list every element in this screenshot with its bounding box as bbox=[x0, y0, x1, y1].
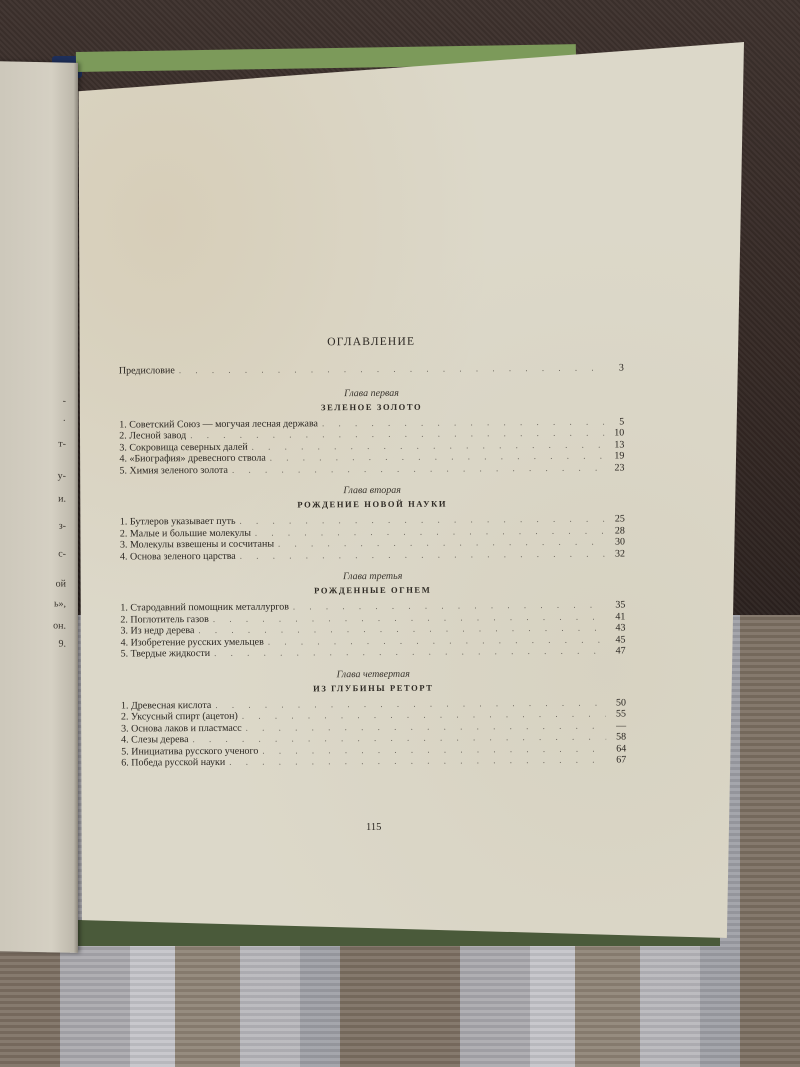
dot-leader bbox=[229, 755, 606, 769]
toc-entry-page: 25 bbox=[609, 513, 625, 525]
toc-entry-page: 28 bbox=[609, 525, 625, 537]
left-page-text-fragment: с- bbox=[58, 549, 66, 560]
toc-entry-page: 50 bbox=[610, 697, 626, 709]
toc-entry-label: 6. Победа русской науки bbox=[121, 757, 225, 769]
toc-entry-label: 2. Малые и большие молекулы bbox=[120, 527, 251, 539]
chapter-list: Глава первая ЗЕЛЕНОЕ ЗОЛОТО 1. Советский… bbox=[119, 386, 626, 769]
chapter-name: ЗЕЛЕНОЕ ЗОЛОТО bbox=[119, 400, 624, 413]
toc-entry-label: 5. Химия зеленого золота bbox=[119, 464, 228, 476]
toc-entry-page: 41 bbox=[609, 611, 625, 623]
toc-entry-label: 2. Поглотитель газов bbox=[120, 614, 208, 626]
section-list: 1. Древесная кислота502. Уксусный спирт … bbox=[121, 697, 626, 769]
chapter-number: Глава третья bbox=[120, 569, 625, 583]
dot-leader bbox=[240, 548, 605, 562]
toc-entry-label: 3. Сокровища северных далей bbox=[119, 441, 247, 453]
toc-entry-label: 5. Инициатива русского ученого bbox=[121, 745, 258, 757]
dot-leader bbox=[232, 462, 605, 476]
dot-leader bbox=[179, 363, 604, 377]
toc-entry-page: 32 bbox=[609, 548, 625, 560]
toc-entry-label: 3. Молекулы взвешены и сосчитаны bbox=[120, 539, 274, 551]
toc-entry-page: 55 bbox=[610, 708, 626, 720]
toc-entry: 4. Основа зеленого царства32 bbox=[120, 548, 625, 563]
toc-entry-page: 23 bbox=[608, 462, 624, 474]
toc-entry-page: 67 bbox=[610, 754, 626, 766]
toc-entry-page: 3 bbox=[608, 362, 624, 374]
toc-entry-page: 45 bbox=[610, 634, 626, 646]
toc-entry-page: 47 bbox=[610, 645, 626, 657]
toc-entry-page: 30 bbox=[609, 536, 625, 548]
left-page-text-fragment: у- bbox=[58, 470, 66, 481]
toc-entry: 5. Химия зеленого золота23 bbox=[119, 462, 624, 477]
left-page-text-fragment: 9. bbox=[59, 639, 67, 650]
toc-entry-label: 2. Уксусный спирт (ацетон) bbox=[121, 711, 238, 723]
left-page-text-fragment: т- bbox=[58, 439, 66, 450]
chapter-name: ИЗ ГЛУБИНЫ РЕТОРТ bbox=[121, 681, 626, 694]
toc-entry-label: 1. Древесная кислота bbox=[121, 699, 211, 711]
page-number: 115 bbox=[366, 822, 381, 833]
table-of-contents: ОГЛАВЛЕНИЕ Предисловие 3 Глава первая ЗЕ… bbox=[119, 334, 627, 769]
chapter-number: Глава первая bbox=[119, 386, 624, 400]
chapter-block: Глава четвертая ИЗ ГЛУБИНЫ РЕТОРТ 1. Дре… bbox=[121, 667, 627, 769]
toc-entry-label: 3. Основа лаков и пластмасс bbox=[121, 722, 242, 734]
toc-entry-label: 1. Бутлеров указывает путь bbox=[120, 516, 236, 528]
toc-entry-label: 3. Из недр дерева bbox=[120, 625, 194, 637]
left-page-text-fragment: з- bbox=[59, 521, 66, 532]
toc-entry-label: 5. Твердые жидкости bbox=[121, 648, 211, 660]
toc-entry-page: 5 bbox=[608, 416, 624, 428]
left-facing-page: -·т-у-и.з-с-ойь»,он.9. bbox=[0, 61, 78, 953]
toc-entry-label: 4. Основа зеленого царства bbox=[120, 550, 236, 562]
toc-entry-label: 4. «Биография» древесного ствола bbox=[119, 453, 265, 465]
chapter-block: Глава вторая РОЖДЕНИЕ НОВОЙ НАУКИ 1. Бут… bbox=[120, 483, 625, 562]
toc-entry-page: 10 bbox=[608, 427, 624, 439]
chapter-heading: Глава первая ЗЕЛЕНОЕ ЗОЛОТО bbox=[119, 386, 624, 413]
toc-entry-page: 19 bbox=[608, 450, 624, 462]
toc-entry-page: 43 bbox=[609, 622, 625, 634]
left-page-text-fragment: ой bbox=[56, 578, 66, 589]
left-page-text-fragment: он. bbox=[53, 620, 66, 631]
chapter-number: Глава вторая bbox=[120, 483, 625, 497]
section-list: 1. Стародавний помощник металлургов352. … bbox=[120, 599, 625, 660]
chapter-block: Глава первая ЗЕЛЕНОЕ ЗОЛОТО 1. Советский… bbox=[119, 386, 625, 477]
chapter-heading: Глава вторая РОЖДЕНИЕ НОВОЙ НАУКИ bbox=[120, 483, 625, 510]
dot-leader bbox=[214, 646, 606, 660]
toc-entry-page: 64 bbox=[610, 743, 626, 755]
toc-entry-label: 4. Слезы дерева bbox=[121, 734, 188, 746]
chapter-block: Глава третья РОЖДЕННЫЕ ОГНЕМ 1. Стародав… bbox=[120, 569, 626, 660]
chapter-heading: Глава третья РОЖДЕННЫЕ ОГНЕМ bbox=[120, 569, 625, 596]
toc-title: ОГЛАВЛЕНИЕ bbox=[119, 334, 624, 349]
chapter-number: Глава четвертая bbox=[121, 667, 626, 681]
chapter-heading: Глава четвертая ИЗ ГЛУБИНЫ РЕТОРТ bbox=[121, 667, 626, 694]
toc-entry-label: 1. Стародавний помощник металлургов bbox=[120, 602, 289, 615]
toc-entry-label: 2. Лесной завод bbox=[119, 430, 186, 442]
toc-entry-page: — bbox=[610, 720, 626, 732]
chapter-name: РОЖДЕННЫЕ ОГНЕМ bbox=[120, 583, 625, 596]
chapter-name: РОЖДЕНИЕ НОВОЙ НАУКИ bbox=[120, 497, 625, 510]
toc-preface-row: Предисловие 3 bbox=[119, 362, 624, 377]
left-page-text-fragment: ь», bbox=[54, 598, 66, 609]
toc-entry-page: 35 bbox=[609, 599, 625, 611]
left-page-text-fragment: и. bbox=[58, 494, 66, 505]
toc-entry-label: Предисловие bbox=[119, 365, 175, 377]
left-page-text-fragment: - bbox=[63, 396, 66, 407]
toc-entry-page: 58 bbox=[610, 731, 626, 743]
section-list: 1. Советский Союз — могучая лесная держа… bbox=[119, 416, 624, 477]
toc-entry-label: 4. Изобретение русских умельцев bbox=[121, 636, 264, 648]
toc-entry: 5. Твердые жидкости47 bbox=[121, 645, 626, 660]
section-list: 1. Бутлеров указывает путь252. Малые и б… bbox=[120, 513, 625, 562]
toc-entry-page: 13 bbox=[608, 439, 624, 451]
left-page-text-fragment: · bbox=[63, 416, 66, 427]
